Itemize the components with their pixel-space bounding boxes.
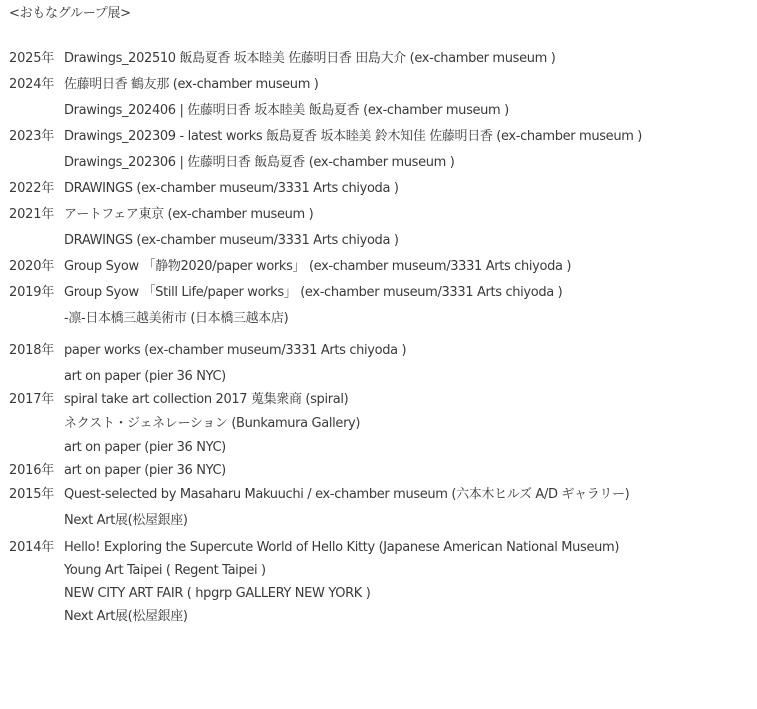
exhibition-entry: DRAWINGS (ex-chamber museum/3331 Arts ch… <box>64 180 399 198</box>
section-heading: <おもなグループ展> <box>9 5 131 23</box>
exhibition-entry: 佐藤明日香 鶴友那 (ex-chamber museum ) <box>64 76 319 94</box>
exhibition-year: 2016年 <box>9 462 54 480</box>
exhibition-entry: -凛-日本橋三越美術市 (日本橋三越本店) <box>64 310 288 328</box>
exhibition-entry: Young Art Taipei ( Regent Taipei ) <box>64 562 266 580</box>
exhibition-entry: Drawings_202406 | 佐藤明日香 坂本睦美 飯島夏香 (ex-ch… <box>64 102 509 120</box>
exhibition-year: 2017年 <box>9 391 54 409</box>
exhibition-entry: art on paper (pier 36 NYC) <box>64 462 226 480</box>
exhibition-year: 2021年 <box>9 206 54 224</box>
exhibition-year: 2019年 <box>9 284 54 302</box>
exhibition-entry: spiral take art collection 2017 蒐集衆商 (sp… <box>64 391 348 409</box>
exhibition-year: 2025年 <box>9 50 54 68</box>
exhibition-year: 2023年 <box>9 128 54 146</box>
exhibition-year: 2022年 <box>9 180 54 198</box>
exhibition-entry: Drawings_202306 | 佐藤明日香 飯島夏香 (ex-chamber… <box>64 154 454 172</box>
exhibition-year: 2020年 <box>9 258 54 276</box>
exhibition-entry: Drawings_202309 - latest works 飯島夏香 坂本睦美… <box>64 128 642 146</box>
exhibition-year: 2015年 <box>9 486 54 504</box>
exhibition-entry: Group Syow 「静物2020/paper works」 (ex-cham… <box>64 258 571 276</box>
exhibition-entry: Drawings_202510 飯島夏香 坂本睦美 佐藤明日香 田島大介 (ex… <box>64 50 555 68</box>
exhibition-entry: ネクスト・ジェネレーション (Bunkamura Gallery) <box>64 415 360 433</box>
exhibition-entry: Next Art展(松屋銀座) <box>64 608 188 626</box>
exhibition-entry: Group Syow 「Still Life/paper works」 (ex-… <box>64 284 562 302</box>
exhibition-year: 2014年 <box>9 539 54 557</box>
exhibition-year: 2024年 <box>9 76 54 94</box>
exhibition-entry: Quest-selected by Masaharu Makuuchi / ex… <box>64 486 629 504</box>
exhibition-entry: DRAWINGS (ex-chamber museum/3331 Arts ch… <box>64 232 399 250</box>
exhibition-year: 2018年 <box>9 342 54 360</box>
exhibition-entry: Hello! Exploring the Supercute World of … <box>64 539 619 557</box>
exhibition-entry: paper works (ex-chamber museum/3331 Arts… <box>64 342 406 360</box>
exhibition-entry: art on paper (pier 36 NYC) <box>64 439 226 457</box>
exhibition-entry: art on paper (pier 36 NYC) <box>64 368 226 386</box>
exhibition-entry: NEW CITY ART FAIR ( hpgrp GALLERY NEW YO… <box>64 585 370 603</box>
exhibition-entry: Next Art展(松屋銀座) <box>64 512 188 530</box>
exhibition-entry: アートフェア東京 (ex-chamber museum ) <box>64 206 313 224</box>
